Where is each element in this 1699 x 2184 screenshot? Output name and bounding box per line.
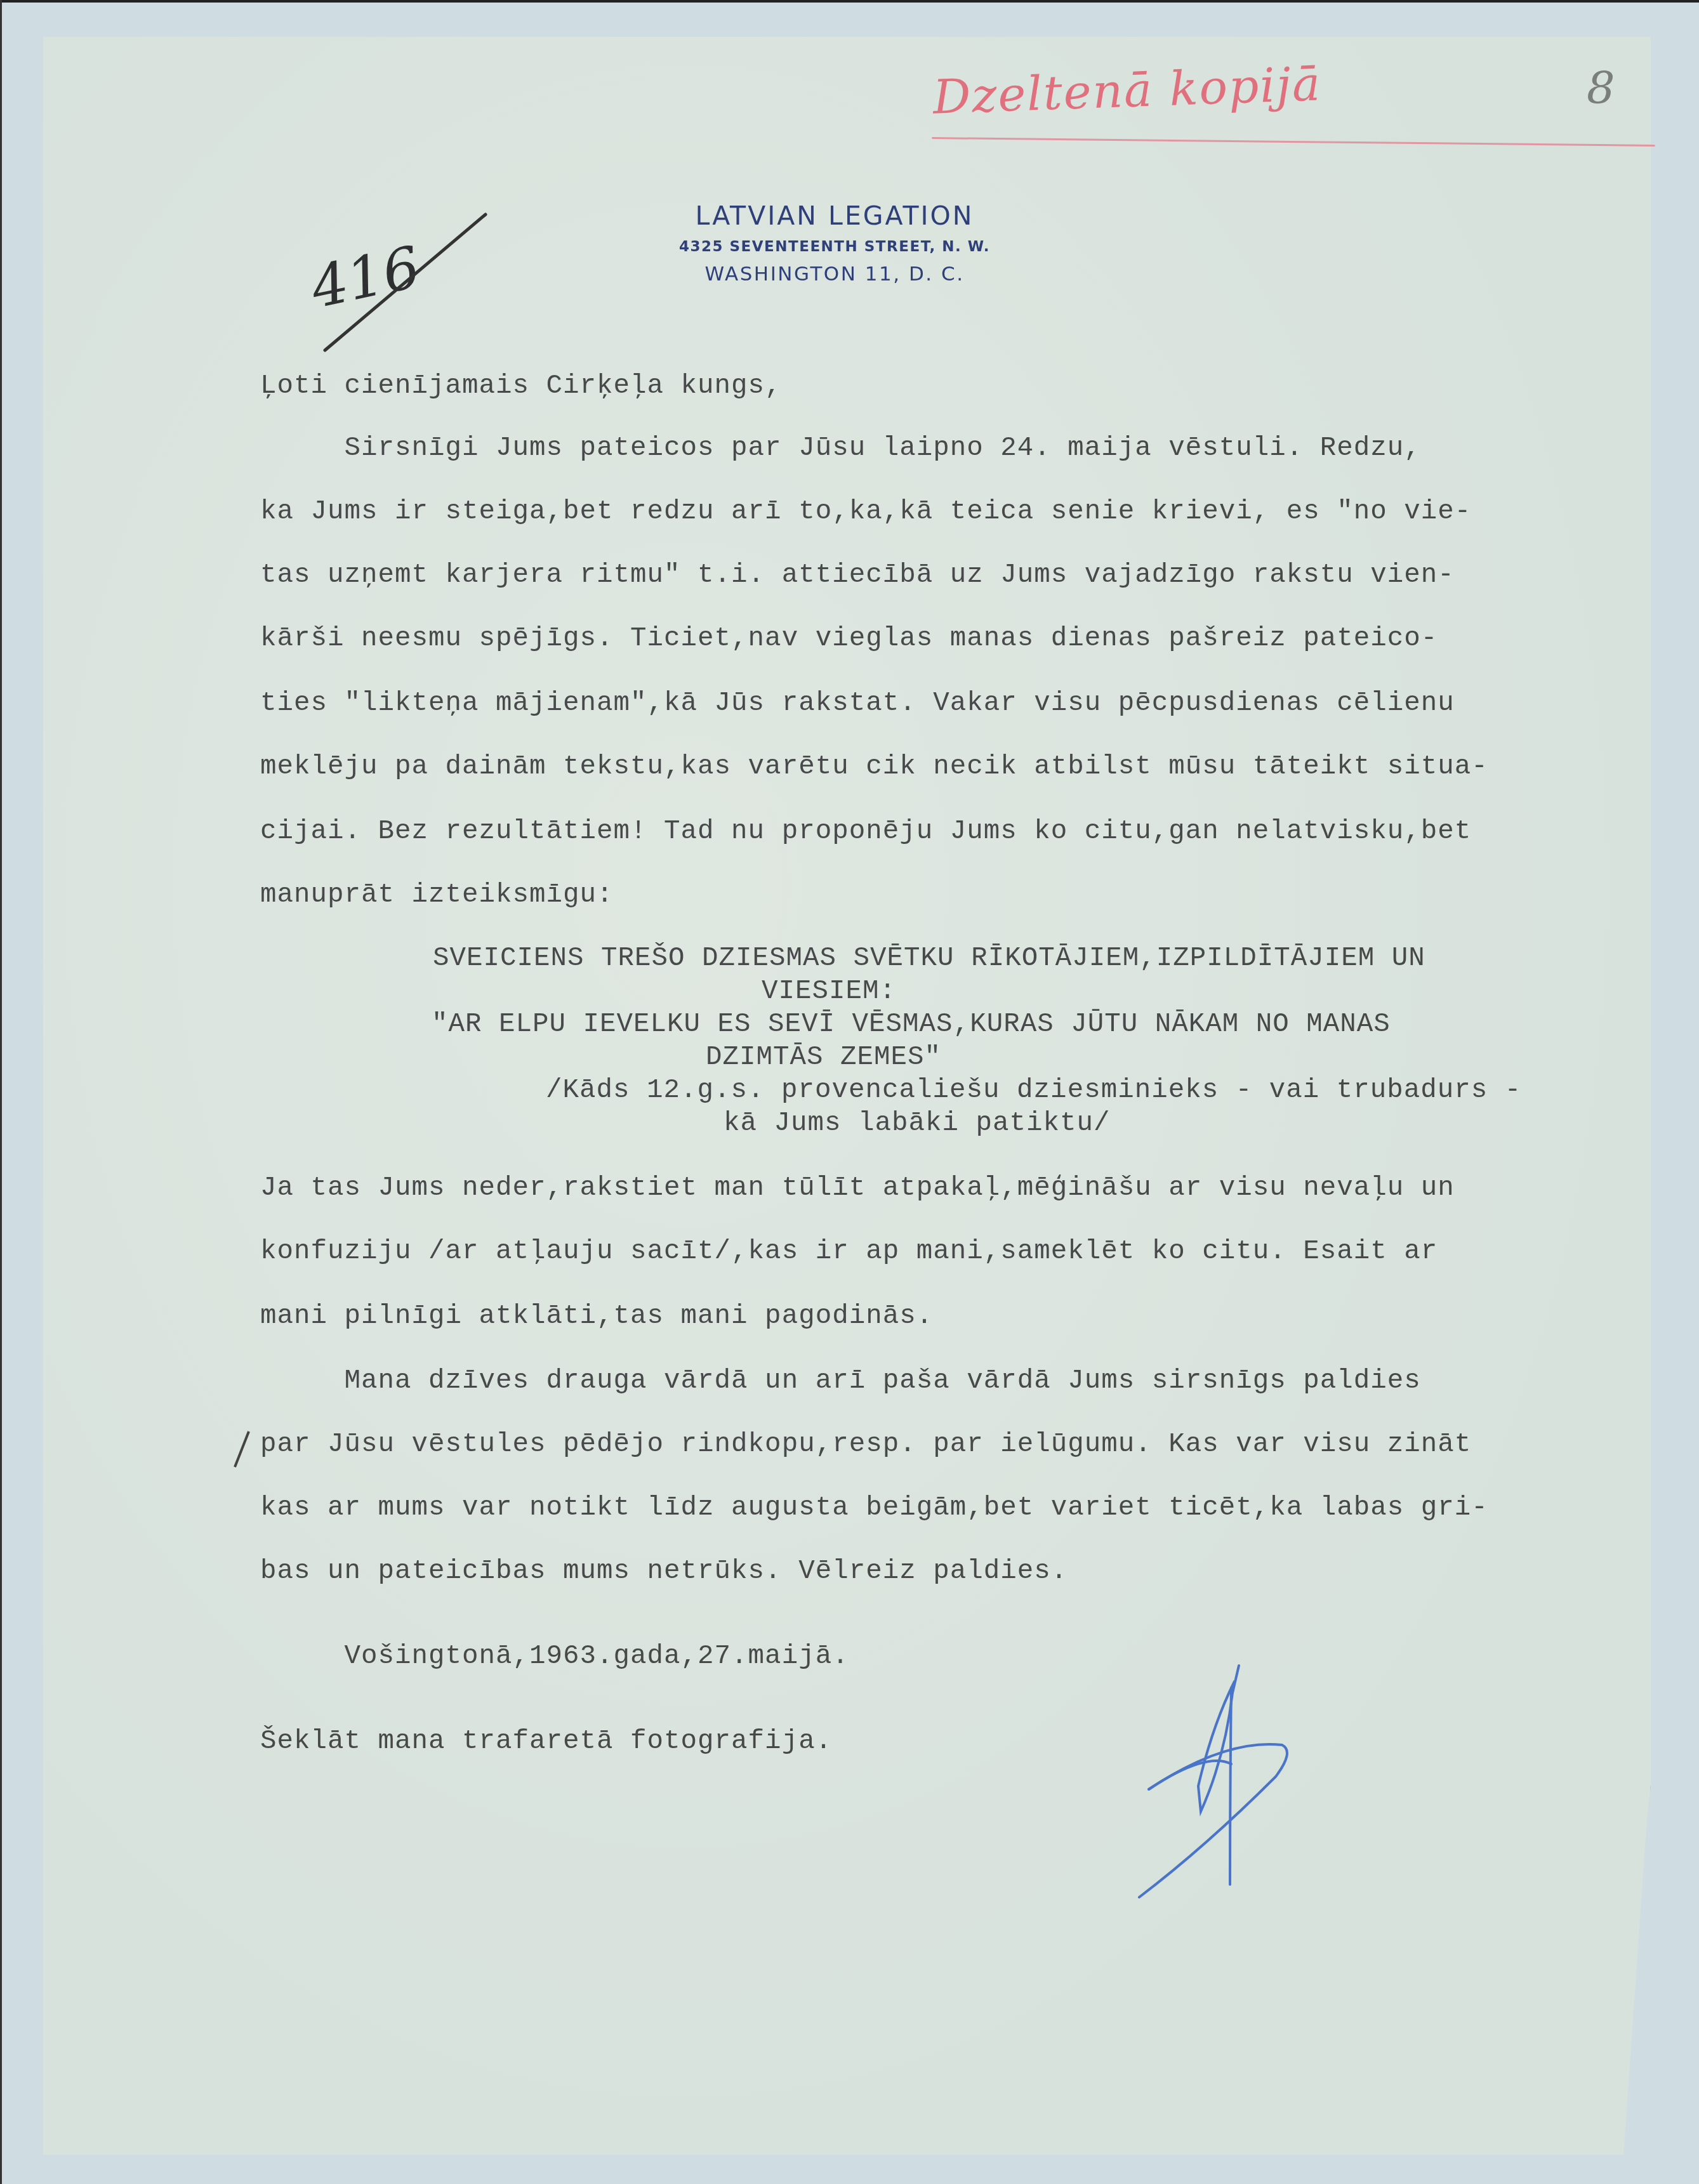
quote-attribution: /Kāds 12.g.s. provencaliešu dziesminieks… (546, 1077, 1521, 1103)
paragraph-1-line: cijai. Bez rezultātiem! Tad nu proponēju… (260, 819, 1471, 844)
paragraph-1-line: kārši neesmu spējīgs. Ticiet,nav vieglas… (260, 626, 1438, 651)
letter-body: Ļoti cienījamais Cirķeļa kungs, Sirsnīgi… (0, 0, 1699, 761)
dateline: Vošingtonā,1963.gada,27.maijā. (260, 1643, 849, 1669)
paragraph-3-line: kas ar mums var notikt līdz augusta beig… (260, 1495, 1488, 1520)
paragraph-1-line: manuprāt izteiksmīgu: (260, 882, 614, 907)
signature (1130, 1662, 1320, 1916)
quote-attribution: kā Jums labāki patiktu/ (724, 1110, 1111, 1136)
paragraph-2-line: Ja tas Jums neder,rakstiet man tūlīt atp… (260, 1175, 1455, 1201)
paragraph-1-line: Sirsnīgi Jums pateicos par Jūsu laipno 2… (260, 435, 1421, 461)
paragraph-3-line: par Jūsu vēstules pēdējo rindkopu,resp. … (260, 1431, 1471, 1457)
postscript: Šeklāt mana trafaretā fotografija. (260, 1728, 832, 1754)
quote-line: VIESIEM: (762, 978, 896, 1004)
paragraph-2-line: mani pilnīgi atklāti,tas mani pagodinās. (260, 1303, 933, 1329)
quote-line: SVEICIENS TREŠO DZIESMAS SVĒTKU RĪKOTĀJI… (433, 945, 1425, 971)
paragraph-1-line: ties "likteņa mājienam",kā Jūs rakstat. … (260, 690, 1455, 716)
margin-slash-mark (230, 1428, 255, 1472)
paragraph-1-line: tas uzņemt karjera ritmu" t.i. attiecībā… (260, 562, 1455, 588)
paragraph-1-line: ka Jums ir steiga,bet redzu arī to,ka,kā… (260, 499, 1471, 524)
salutation: Ļoti cienījamais Cirķeļa kungs, (260, 373, 782, 398)
paragraph-3-line: bas un pateicības mums netrūks. Vēlreiz … (260, 1558, 1068, 1584)
paragraph-3-line: Mana dzīves drauga vārdā un arī paša vār… (260, 1368, 1421, 1393)
quote-line: "AR ELPU IEVELKU ES SEVĪ VĒSMAS,KURAS JŪ… (432, 1011, 1391, 1037)
quote-line: DZIMTĀS ZEMES" (706, 1044, 941, 1070)
paragraph-2-line: konfuziju /ar atļauju sacīt/,kas ir ap m… (260, 1239, 1438, 1264)
paragraph-1-line: meklēju pa dainām tekstu,kas varētu cik … (260, 754, 1488, 779)
